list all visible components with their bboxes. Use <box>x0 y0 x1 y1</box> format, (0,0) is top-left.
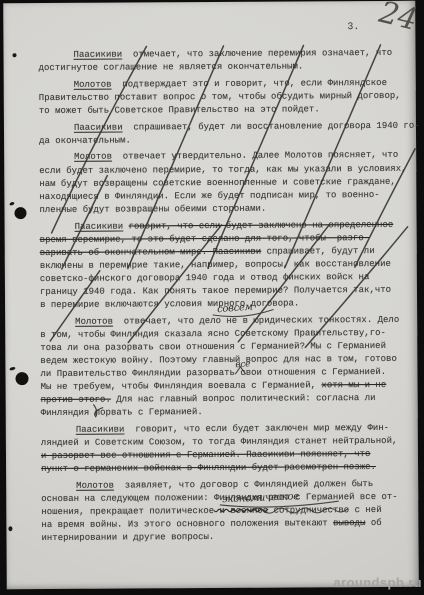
typed-text-segment: това ли она разорвать свои отношения с Г… <box>40 341 386 353</box>
typed-text-segment: если будет заключено перемирие, то тогда… <box>39 163 406 175</box>
watermark: aroundspb.ru <box>333 576 422 590</box>
typed-text-segment: отвечает, что дело не в юридических тонк… <box>113 315 399 327</box>
struck-text: против этого. <box>41 395 111 405</box>
speaker-name: Молотов <box>74 152 112 162</box>
typed-text-segment: на время войны. Из этого основного полож… <box>41 519 333 531</box>
typed-line: находящиеся в Финляндии. Если же будет п… <box>39 188 413 203</box>
scan-background: 3. Паасикиви отмечает, что заключение пе… <box>0 0 424 595</box>
ink-speck <box>13 53 17 57</box>
typed-line: то может быть Советское Правительство на… <box>39 103 413 118</box>
speaker-name: Молотов <box>76 481 114 491</box>
typed-text-segment: да окончательным. <box>39 135 131 146</box>
typed-text-segment: Правительство поставит вопрос о том, что… <box>39 91 401 103</box>
struck-text: и военное <box>214 506 268 516</box>
typed-text-segment: советско-финского договора 1940 года и о… <box>40 272 370 284</box>
document-paper: 3. Паасикиви отмечает, что заключение пе… <box>3 1 419 590</box>
typed-line: пленные будут возвращены обеими сторонам… <box>39 202 413 217</box>
typed-text-segment: нам будут возвращены советские военнопле… <box>39 176 396 188</box>
typed-text-segment: заявляет, что договор с Финляндией долже… <box>114 479 373 491</box>
hole-punch-bottom <box>15 372 28 385</box>
struck-text: хотя мы и не <box>321 380 386 390</box>
paragraph: Паасикиви спрашивает, будет ли восстанов… <box>39 119 413 147</box>
ink-speck <box>9 201 15 206</box>
typed-text-segment: ношения, прекращает политическое <box>41 506 214 517</box>
typed-text-segment: в перемирие включаются условия мирного д… <box>40 299 299 311</box>
typed-text-segment: интернировании и другие вопросы. <box>41 532 214 543</box>
typed-text-segment: говорит, что если будет заключен мир меж… <box>124 423 389 435</box>
typed-line: в перемирие включаются условия мирного д… <box>40 297 414 312</box>
struck-text: и разорвет все отношения с Германией. Па… <box>41 449 371 461</box>
typed-text-segment: достигнутое соглашение не является оконч… <box>39 62 304 74</box>
typed-text-segment: подтверждает это и говорит, что, если Фи… <box>111 78 387 90</box>
typed-text-segment: об <box>365 518 381 528</box>
scanned-document-screenshot: { "page": { "typed_page_number": "3.", "… <box>0 0 424 595</box>
struck-text: пункт о германских войсках в Финляндии б… <box>41 462 376 474</box>
struck-text: выводы <box>333 518 365 528</box>
struck-text: время перемирие, то это будет сделано дл… <box>40 233 370 245</box>
paragraph: Молотов отвечает утвердительно. Далее Мо… <box>39 149 413 217</box>
typed-text-segment: границу 1940 года. Как понять такое пере… <box>40 285 391 297</box>
speaker-name: Паасикиви <box>76 425 125 435</box>
paragraph: Паасикиви говорит, что если будет заключ… <box>40 218 415 312</box>
typed-text-segment: Мы не требуем, чтобы Финляндия воевала с… <box>41 381 322 393</box>
typed-text-segment: отмечает, что заключение перемирия означ… <box>122 48 392 60</box>
page-number: 3. <box>347 22 359 34</box>
typed-text-segment: пленные будут возвращены обеими сторонам… <box>39 203 266 214</box>
typed-text-segment: ли Правительство Финляндии разорвать сво… <box>40 367 386 379</box>
struck-text: говорит, что если будет заключено на опр… <box>129 219 394 231</box>
typed-text-segment: в том, чтобы Финляндия сказала ясно Сове… <box>40 328 386 340</box>
typed-text-segment: ведем жестокую войну. Поэтому главный во… <box>40 354 397 366</box>
hole-punch-top <box>14 207 26 219</box>
typed-text-segment: Финляндия порвать с Германией. <box>41 407 203 418</box>
typed-text-segment: сотрудничество с ней <box>268 505 381 516</box>
speaker-name: Молотов <box>74 79 112 89</box>
typed-text-segment: находящиеся в Финляндии. Если же будет п… <box>39 190 379 202</box>
ink-speck <box>8 526 12 531</box>
typed-text-segment: основан на следующем положении: Финлянди… <box>41 492 398 504</box>
typed-text-segment: спрашивает, будут ли <box>261 246 374 257</box>
typed-line: Паасикиви спрашивает, будет ли восстанов… <box>39 119 413 134</box>
struck-text: варивать об окончательном мире. Паасикив… <box>40 246 261 257</box>
speaker-name: Молотов <box>75 316 113 326</box>
typed-line: Правительство поставит вопрос о том, что… <box>39 90 413 105</box>
paragraph: Паасикиви говорит, что если будет заключ… <box>41 422 415 477</box>
typed-line: пункт о германских войсках в Финляндии б… <box>41 461 415 476</box>
typed-line: интернировании и другие вопросы. <box>41 530 415 545</box>
typed-text-segment: ляндией и Советским Союзом, то тогда Фин… <box>41 436 398 448</box>
paragraph: Молотов подтверждает это и говорит, что,… <box>39 77 413 119</box>
speaker-name: Паасикиви <box>75 221 124 231</box>
typed-line: Финляндия порвать с Германией. <box>41 405 415 420</box>
typed-line: Паасикиви отмечает, что заключение перем… <box>38 47 412 62</box>
typed-text-segment: Для нас главный вопрос политический: сог… <box>111 393 376 405</box>
typed-line: да окончательным. <box>39 133 413 148</box>
typed-text: Паасикиви отмечает, что заключение перем… <box>38 47 415 546</box>
paragraph: Молотов заявляет, что договор с Финлянди… <box>41 478 415 546</box>
speaker-name: Паасикиви <box>74 122 123 132</box>
typed-line: достигнутое соглашение не является оконч… <box>39 60 413 75</box>
typed-line: границу 1940 года. Как понять такое пере… <box>40 284 414 299</box>
typed-text-segment: отвечает утвердительно. Далее Молотов по… <box>112 150 398 162</box>
ink-speck <box>9 366 16 370</box>
paragraph: Паасикиви отмечает, что заключение перем… <box>38 47 412 75</box>
typed-text-segment: спрашивает, будет ли восстановление дого… <box>123 120 420 132</box>
typed-text-segment: включены в перемирие такие, например, во… <box>40 259 391 271</box>
handwritten-note: 24 <box>376 0 421 38</box>
typed-text-segment: то может быть Советское Правительство на… <box>39 104 320 116</box>
paragraph: Молотов отвечает, что дело не в юридичес… <box>40 314 415 421</box>
speaker-name: Паасикиви <box>73 50 122 60</box>
